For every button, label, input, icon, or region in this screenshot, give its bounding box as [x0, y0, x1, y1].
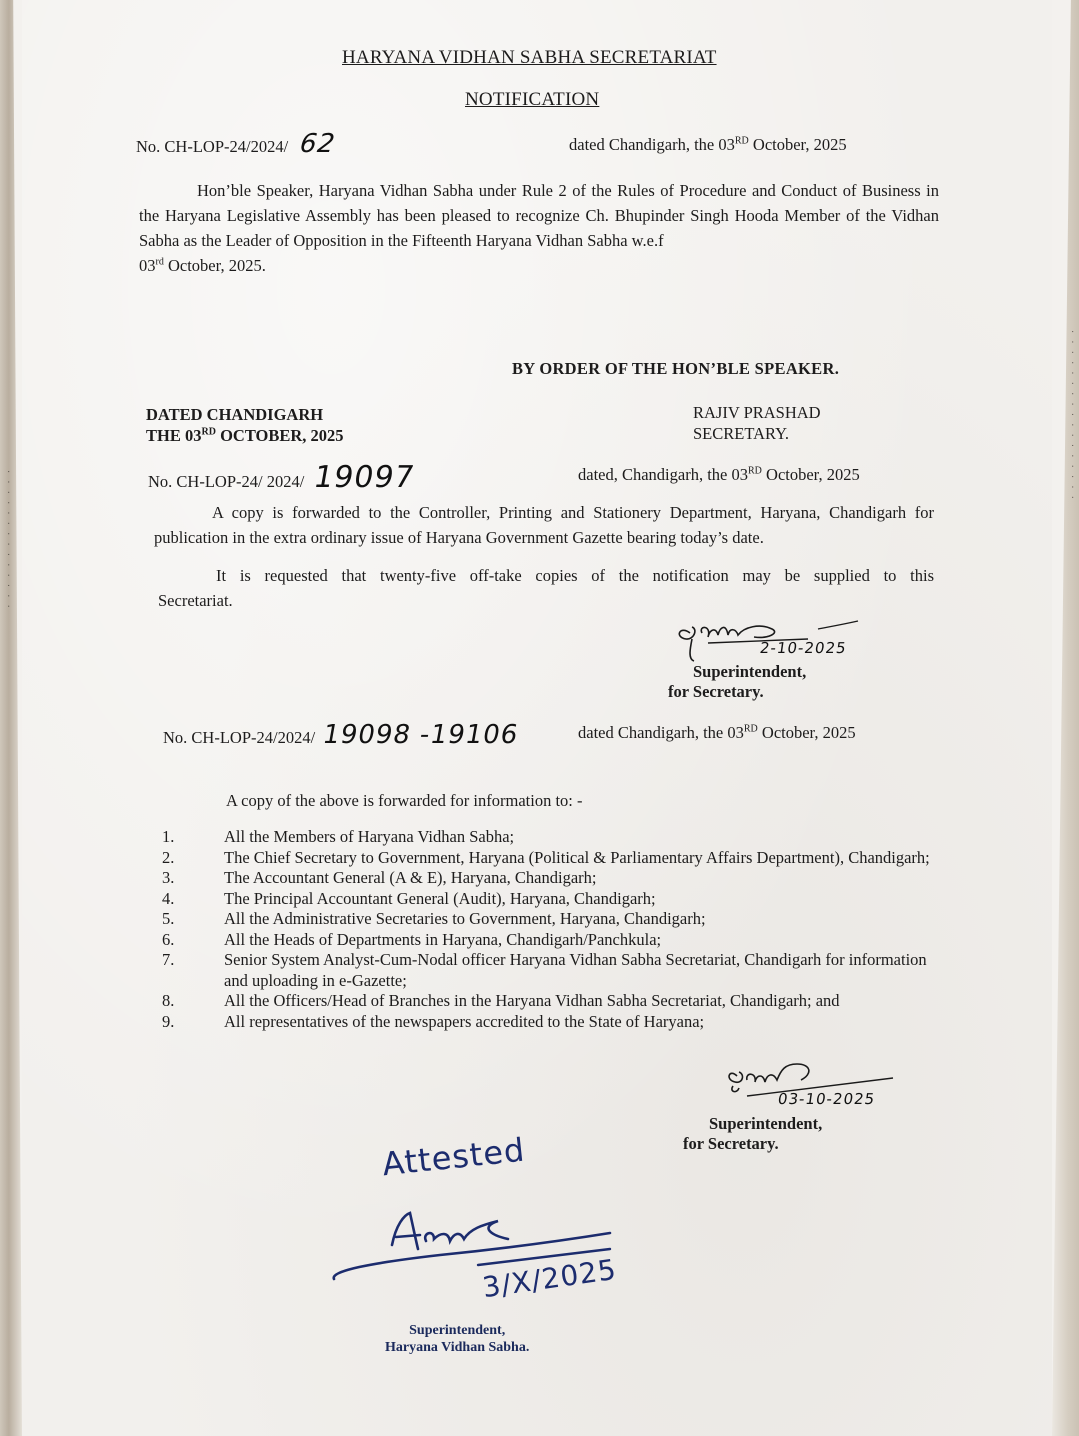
endorsement1-paragraph1: A copy is forwarded to the Controller, P… [154, 500, 934, 550]
signature-designation: Superintendent, [693, 662, 806, 682]
adjacent-page-text: · · · · · · · · · · · · · · [2, 470, 13, 610]
endorsement2-reference: No. CH-LOP-24/2024/ 19098 -19106 [163, 723, 518, 750]
notification-date: dated Chandigarh, the 03RD October, 2025 [569, 132, 847, 157]
reference-number-prefix: No. CH-LOP-24/ 2024/ [148, 472, 304, 491]
reference-number-prefix: No. CH-LOP-24/2024/ [136, 137, 288, 156]
list-item: 1.All the Members of Haryana Vidhan Sabh… [162, 827, 942, 848]
superintendent-signature-block-2: 03-10-2025 Superintendent, for Secretary… [683, 1060, 923, 1160]
superintendent-stamp: Superintendent, Haryana Vidhan Sabha. [385, 1322, 529, 1356]
endorsement1-date: dated, Chandigarh, the 03RD October, 202… [578, 462, 860, 487]
signature-for-secretary: for Secretary. [683, 1134, 779, 1154]
list-item: 7.Senior System Analyst-Cum-Nodal office… [162, 950, 942, 991]
endorsement2-date: dated Chandigarh, the 03RD October, 2025 [578, 720, 856, 745]
reference-number-prefix: No. CH-LOP-24/2024/ [163, 728, 315, 747]
by-order-line: BY ORDER OF THE HON’BLE SPEAKER. [512, 356, 839, 381]
handwritten-reference-number: 19097 [312, 465, 417, 490]
notification-body: Hon’ble Speaker, Haryana Vidhan Sabha un… [139, 178, 939, 278]
signature-date: 03-10-2025 [777, 1090, 877, 1108]
handwritten-reference-range: 19098 -19106 [321, 723, 520, 748]
order-dated-block: DATED CHANDIGARH THE 03RD OCTOBER, 2025 [146, 404, 344, 446]
secretary-signatory-block: RAJIV PRASHAD SECRETARY. [693, 402, 821, 444]
list-item: 8.All the Officers/Head of Branches in t… [162, 991, 942, 1012]
list-item: 2.The Chief Secretary to Government, Har… [162, 848, 942, 869]
signature-for-secretary: for Secretary. [668, 682, 764, 702]
secretary-name: RAJIV PRASHAD [693, 402, 821, 423]
order-dated-line1: DATED CHANDIGARH [146, 404, 344, 425]
list-item: 4.The Principal Accountant General (Audi… [162, 889, 942, 910]
recipient-list: 1.All the Members of Haryana Vidhan Sabh… [162, 827, 942, 1032]
list-item: 9.All representatives of the newspapers … [162, 1012, 942, 1033]
handwritten-reference-number: 62 [299, 132, 338, 157]
endorsement1-paragraph2: It is requested that twenty-five off-tak… [158, 563, 934, 613]
stamp-line-designation: Superintendent, [385, 1322, 529, 1339]
notification-reference: No. CH-LOP-24/2024/ 62 [136, 132, 335, 159]
list-item: 6.All the Heads of Departments in Haryan… [162, 930, 942, 951]
order-dated-line2: THE 03RD OCTOBER, 2025 [146, 425, 344, 446]
organization-title: HARYANA VIDHAN SABHA SECRETARIAT [342, 47, 717, 69]
secretary-title: SECRETARY. [693, 423, 821, 444]
endorsement1-reference: No. CH-LOP-24/ 2024/ 19097 [148, 465, 415, 494]
list-item: 5.All the Administrative Secretaries to … [162, 909, 942, 930]
scanned-page-edge-right: · · · · · · · · · · · · · · · · · [1052, 0, 1079, 1436]
signature-date: 2-10-2025 [759, 639, 848, 657]
list-item: 3.The Accountant General (A & E), Haryan… [162, 868, 942, 889]
adjacent-page-text: · · · · · · · · · · · · · · · · · [1066, 330, 1077, 501]
scanned-page-edge-left: · · · · · · · · · · · · · · [0, 0, 22, 1436]
superintendent-signature-block-1: 2-10-2025 Superintendent, for Secretary. [668, 615, 908, 705]
notification-heading: NOTIFICATION [465, 89, 599, 111]
signature-designation: Superintendent, [709, 1114, 822, 1134]
endorsement2-intro: A copy of the above is forwarded for inf… [226, 788, 582, 813]
stamp-line-organization: Haryana Vidhan Sabha. [385, 1339, 529, 1356]
